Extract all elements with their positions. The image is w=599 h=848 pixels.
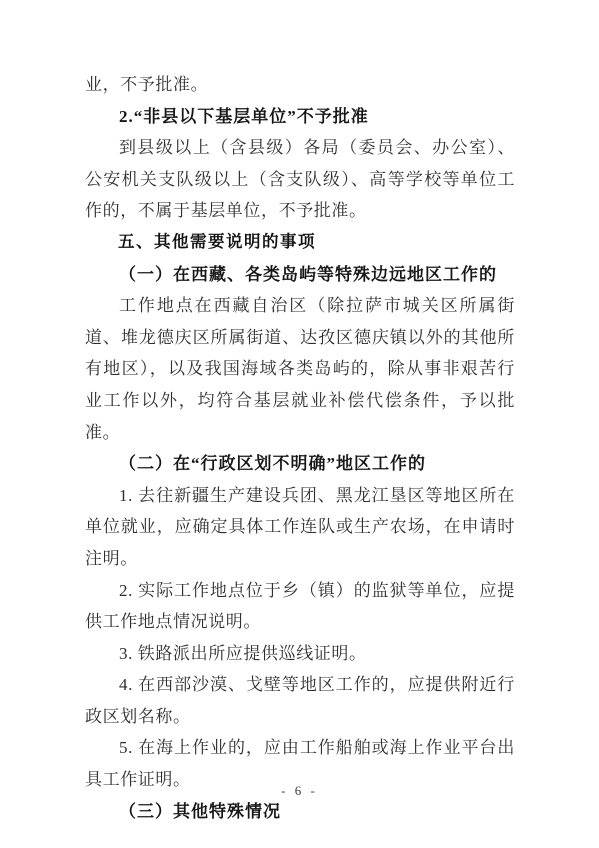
list-item-2: 2. 实际工作地点位于乡（镇）的监狱等单位，应提供工作地点情况说明。 [85,575,515,638]
list-item-1: 1. 去往新疆生产建设兵团、黑龙江垦区等地区所在单位就业，应确定具体工作连队或生… [85,480,515,575]
section-heading-2: 2.“非县以下基层单位”不予批准 [85,101,515,133]
paragraph-continuation: 业，不予批准。 [85,69,515,101]
section-heading-3: （三）其他特殊情况 [85,796,515,828]
document-content: 业，不予批准。 2.“非县以下基层单位”不予批准 到县级以上（含县级）各局（委员… [85,69,515,827]
paragraph: 到县级以上（含县级）各局（委员会、办公室）、公安机关支队级以上（含支队级）、高等… [85,132,515,227]
chapter-heading-5: 五、其他需要说明的事项 [85,227,515,259]
section-heading-2b: （二）在“行政区划不明确”地区工作的 [85,448,515,480]
list-item-3: 3. 铁路派出所应提供巡线证明。 [85,638,515,670]
document-page: 业，不予批准。 2.“非县以下基层单位”不予批准 到县级以上（含县级）各局（委员… [0,0,599,848]
section-heading-1: （一）在西藏、各类岛屿等特殊边远地区工作的 [85,259,515,291]
paragraph: 工作地点在西藏自治区（除拉萨市城关区所属街道、堆龙德庆区所属街道、达孜区德庆镇以… [85,290,515,448]
page-number: - 6 - [0,783,599,799]
list-item-4: 4. 在西部沙漠、戈壁等地区工作的，应提供附近行政区划名称。 [85,669,515,732]
